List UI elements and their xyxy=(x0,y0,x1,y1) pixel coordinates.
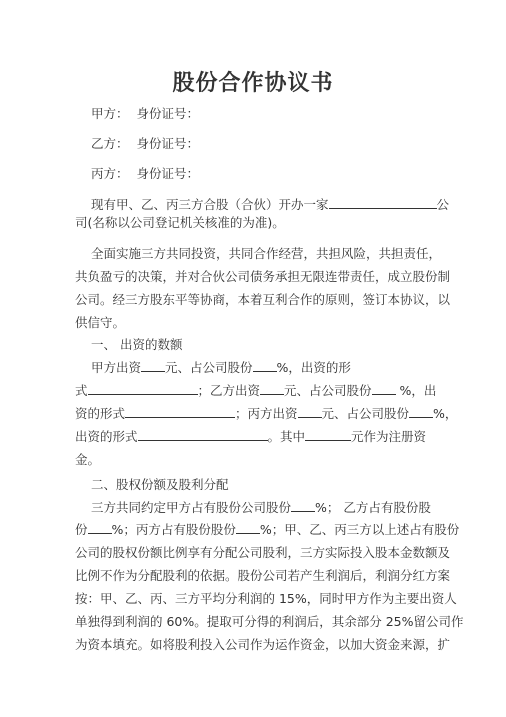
para2-line-4: 供信守。 xyxy=(75,315,435,331)
blank xyxy=(141,360,165,372)
party-a-label: 甲方： xyxy=(91,106,129,121)
section1-line-1: 甲方出资元、占公司股份%，出资的形 xyxy=(91,360,451,376)
text: 式 xyxy=(75,383,88,398)
blank xyxy=(253,360,277,372)
party-c-line: 丙方： 身份证号： xyxy=(91,166,451,182)
blank xyxy=(305,429,351,441)
section1-heading: 一、 出资的数额 xyxy=(91,337,451,353)
section2-line-1: 三方共同约定甲方占有股份公司股份%； 乙方占有股份股 xyxy=(91,500,451,516)
blank xyxy=(125,406,235,418)
blank xyxy=(409,406,433,418)
section2-heading: 二、股权份额及股利分配 xyxy=(91,477,451,493)
text: 元、占公司股份 xyxy=(284,383,372,398)
blank xyxy=(260,383,284,395)
para2-line-3: 公司。经三方股东平等协商，本着互利合作的原则，签订本协议，以 xyxy=(75,292,435,308)
intro-text: 公 xyxy=(437,197,450,212)
text: 元、占公司股份 xyxy=(322,406,410,421)
text: %，出资的形 xyxy=(277,360,351,375)
company-name-blank xyxy=(329,197,437,209)
blank xyxy=(88,522,112,534)
text: 份 xyxy=(75,522,88,537)
text: %， xyxy=(433,406,457,421)
section2-line-3: 公司的股权份额比例享有分配公司股利，三方实际投入股本金数额及 xyxy=(75,545,435,561)
section2-line-2: 份%；丙方占有股份股份%；甲、乙、丙三方以上述占有股份 xyxy=(75,522,435,538)
section2-line-4: 比例不作为分配股利的依据。股份公司若产生利润后，利润分红方案 xyxy=(75,568,435,584)
text: 资的形式 xyxy=(75,406,125,421)
text: %； 乙方占有股份股 xyxy=(315,500,431,515)
para2-line-1: 全面实施三方共同投资，共同合作经营，共担风险，共担责任， xyxy=(91,246,451,262)
text: 。其中 xyxy=(268,429,306,444)
party-c-id-label: 身份证号： xyxy=(136,166,199,181)
text: %，出 xyxy=(396,383,437,398)
intro-line-1: 现有甲、乙、丙三方合股（合伙）开办一家公 xyxy=(91,197,451,213)
section1-line-2: 式；乙方出资元、占公司股份 %，出 xyxy=(75,383,435,399)
party-c-label: 丙方： xyxy=(91,166,129,181)
blank xyxy=(138,429,268,441)
blank xyxy=(372,383,396,395)
party-b-id-label: 身份证号： xyxy=(136,136,199,151)
intro-text: 现有甲、乙、丙三方合股（合伙）开办一家 xyxy=(91,197,329,212)
para2-line-2: 共负盈亏的决策，并对合伙公司债务承担无限连带责任，成立股份制 xyxy=(75,269,435,285)
party-a-line: 甲方： 身份证号： xyxy=(91,106,451,122)
blank xyxy=(236,522,260,534)
section2-line-6: 单独得到利润的 60%。提取可分得的利润后，其余部分 25%留公司作 xyxy=(75,614,435,630)
text: ；丙方出资 xyxy=(235,406,298,421)
party-b-label: 乙方： xyxy=(91,136,129,151)
document-title: 股份合作协议书 xyxy=(0,66,506,97)
party-b-line: 乙方： 身份证号： xyxy=(91,136,451,152)
blank xyxy=(291,500,315,512)
text: %；甲、乙、丙三方以上述占有股份 xyxy=(260,522,459,537)
text: %；丙方占有股份股份 xyxy=(112,522,236,537)
section2-line-7: 为资本填充。如将股利投入公司作为运作资金，以加大资金来源，扩 xyxy=(75,637,435,653)
document-page: 股份合作协议书 甲方： 身份证号： 乙方： 身份证号： 丙方： 身份证号： 现有… xyxy=(0,0,506,717)
section1-line-3: 资的形式；丙方出资元、占公司股份%， xyxy=(75,406,435,422)
text: 出资的形式 xyxy=(75,429,138,444)
text: 三方共同约定甲方占有股份公司股份 xyxy=(91,500,291,515)
text: ；乙方出资 xyxy=(198,383,261,398)
section1-line-5: 金。 xyxy=(75,452,435,468)
text: 甲方出资 xyxy=(91,360,141,375)
party-a-id-label: 身份证号： xyxy=(136,106,199,121)
blank xyxy=(88,383,198,395)
blank xyxy=(298,406,322,418)
text: 元、占公司股份 xyxy=(165,360,253,375)
text: 元作为注册资 xyxy=(351,429,426,444)
intro-line-2: 司(名称以公司登记机关核准的为准)。 xyxy=(75,215,435,231)
section1-line-4: 出资的形式。其中元作为注册资 xyxy=(75,429,435,445)
section2-line-5: 按：甲、乙、丙、三方平均分利润的 15%，同时甲方作为主要出资人 xyxy=(75,591,435,607)
